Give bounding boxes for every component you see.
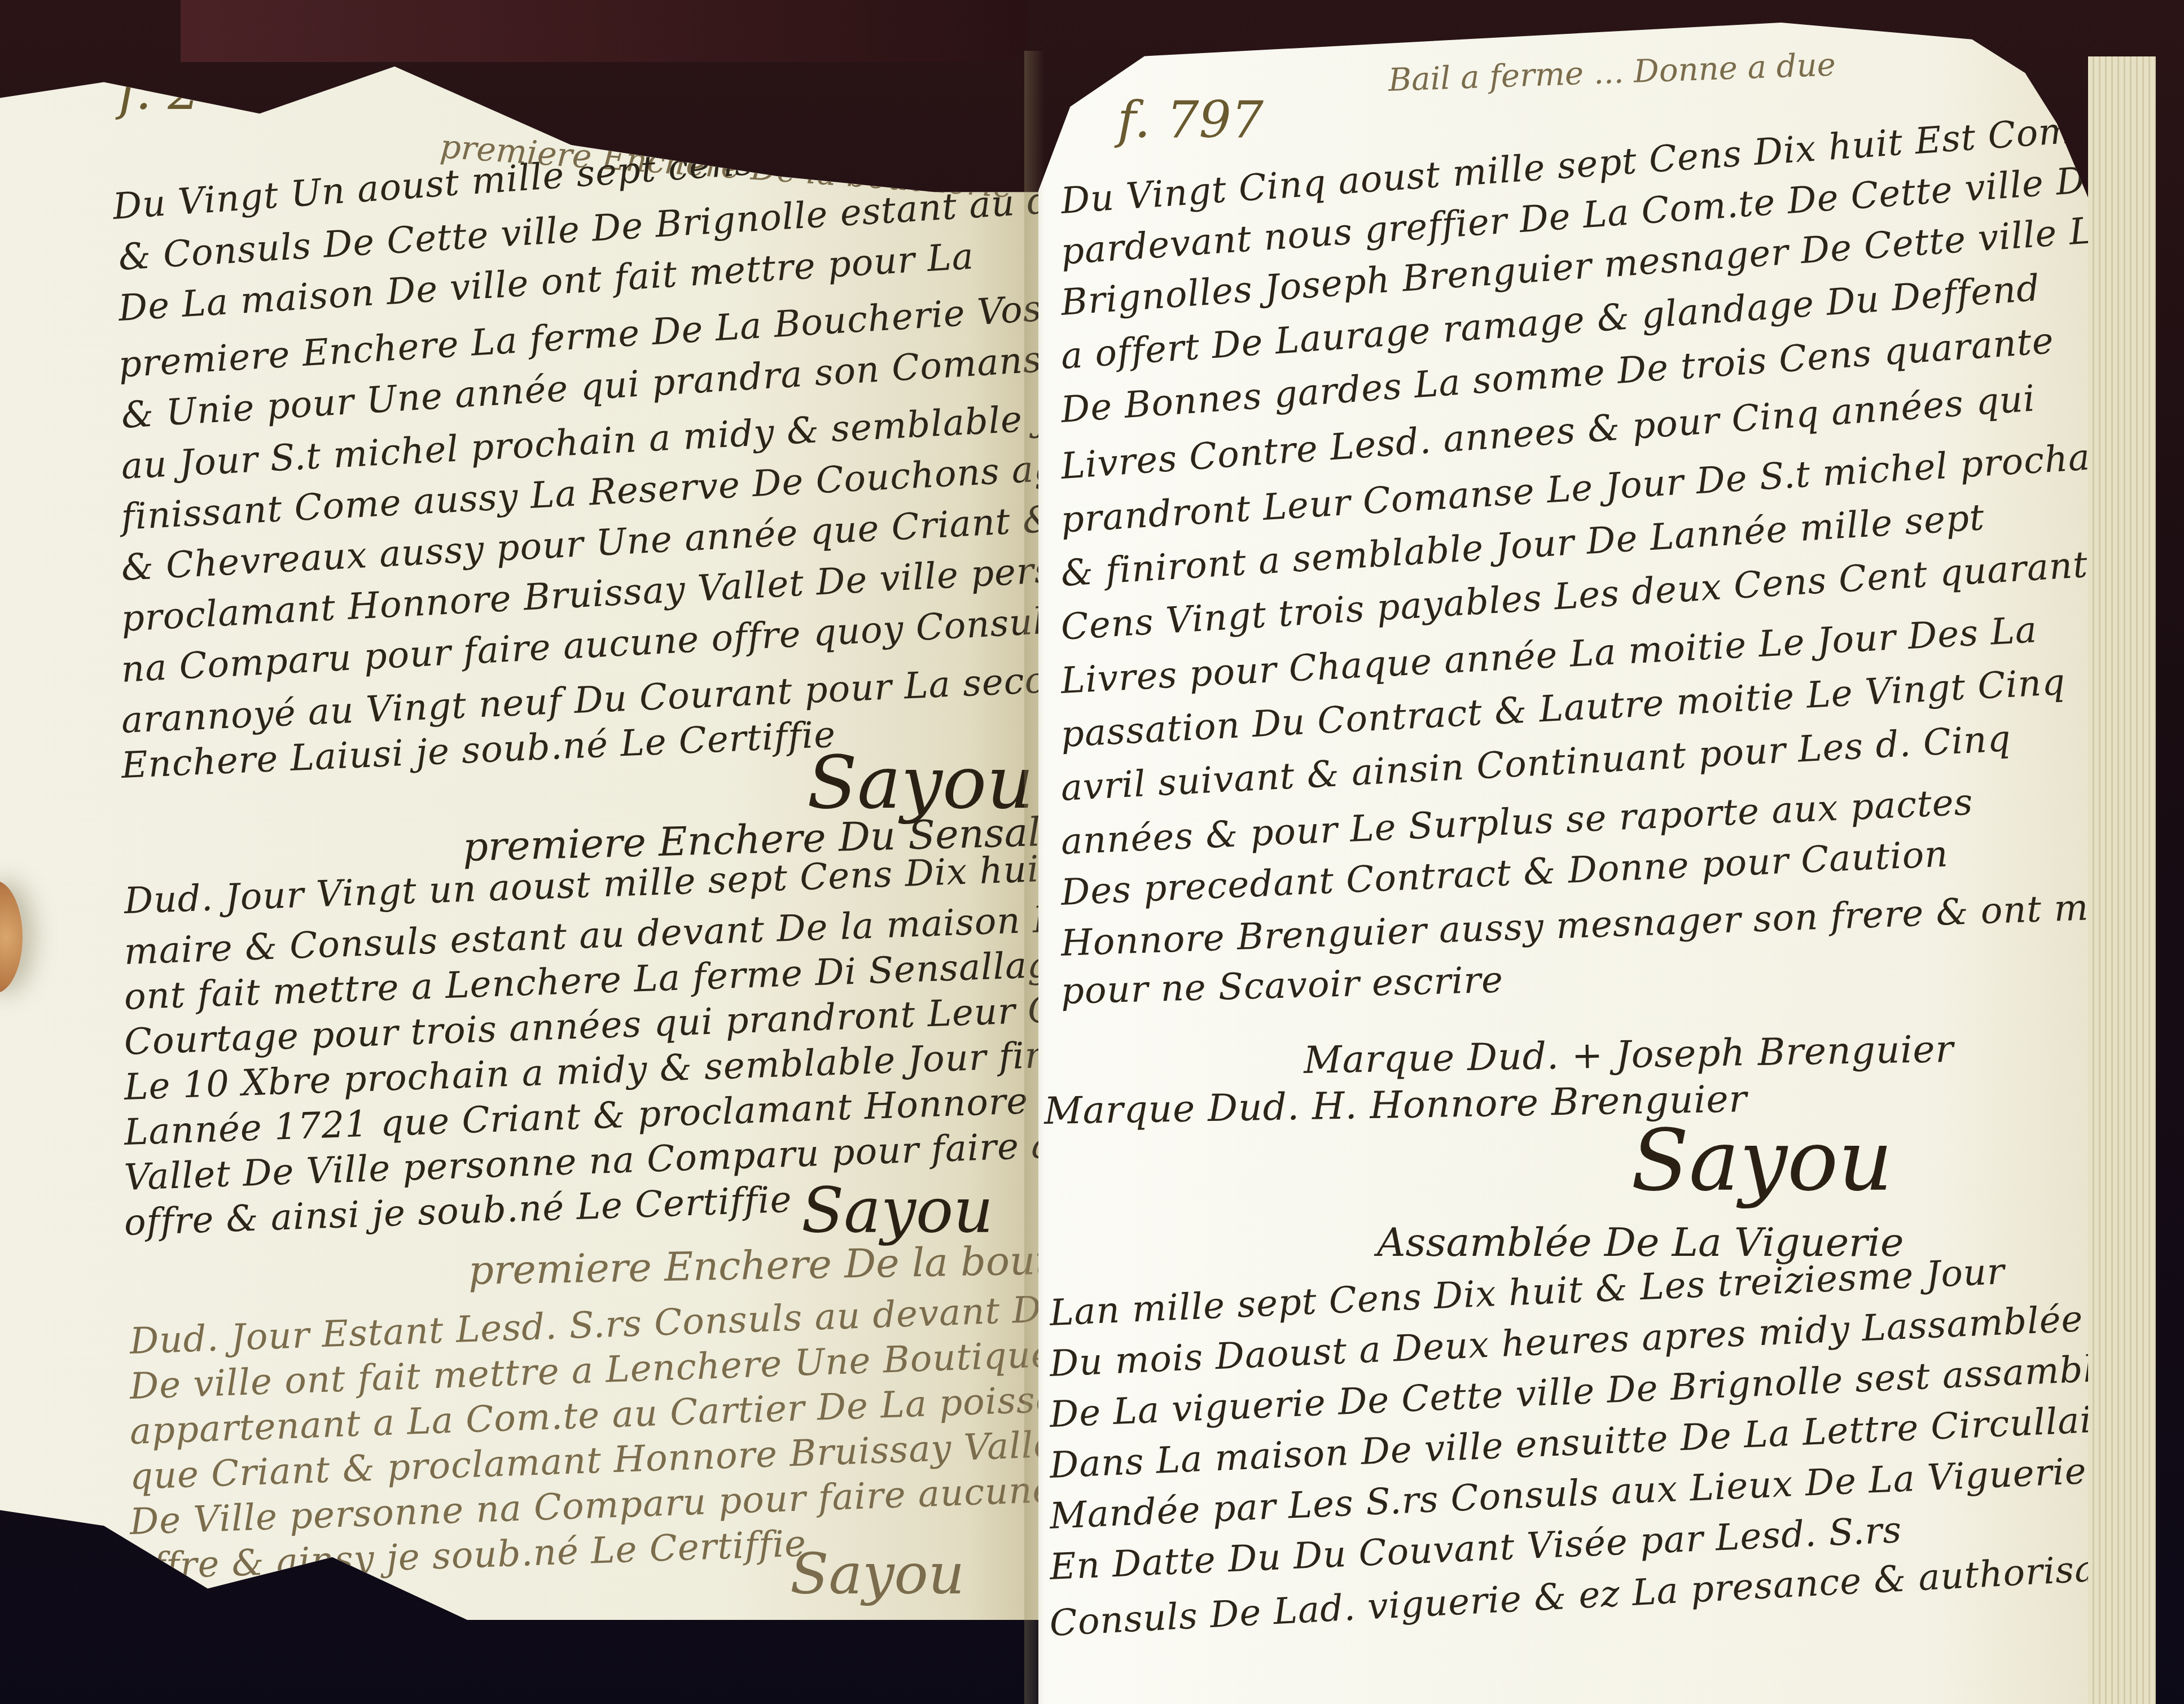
left-folio-number: f. 2 xyxy=(119,62,200,121)
left-page: f. 2 premiere Enchere De la boucherie Du… xyxy=(0,51,1038,1620)
section-heading: premiere Enchere De la boutique de La Co… xyxy=(468,1230,1038,1294)
page-edges-stack xyxy=(2088,56,2156,1704)
signature-sayou: Sayou xyxy=(801,1174,993,1246)
signature-sayou: Sayou xyxy=(1631,1112,1893,1210)
book-binding-background xyxy=(181,0,1027,62)
book-gutter xyxy=(1024,51,1058,1704)
right-folio-number: f. 797 xyxy=(1117,90,1264,150)
text-line: pour ne Scavoir escrire xyxy=(1060,959,1504,1013)
right-page: f. 797 Bail a ferme ... Donne a due Du V… xyxy=(1038,23,2099,1704)
mark-joseph-brenguier: Marque Dud. + Joseph Brenguier xyxy=(1303,1027,1954,1082)
signature-sayou: Sayou xyxy=(790,1541,964,1607)
right-header-note: Bail a ferme ... Donne a due xyxy=(1388,46,1836,99)
